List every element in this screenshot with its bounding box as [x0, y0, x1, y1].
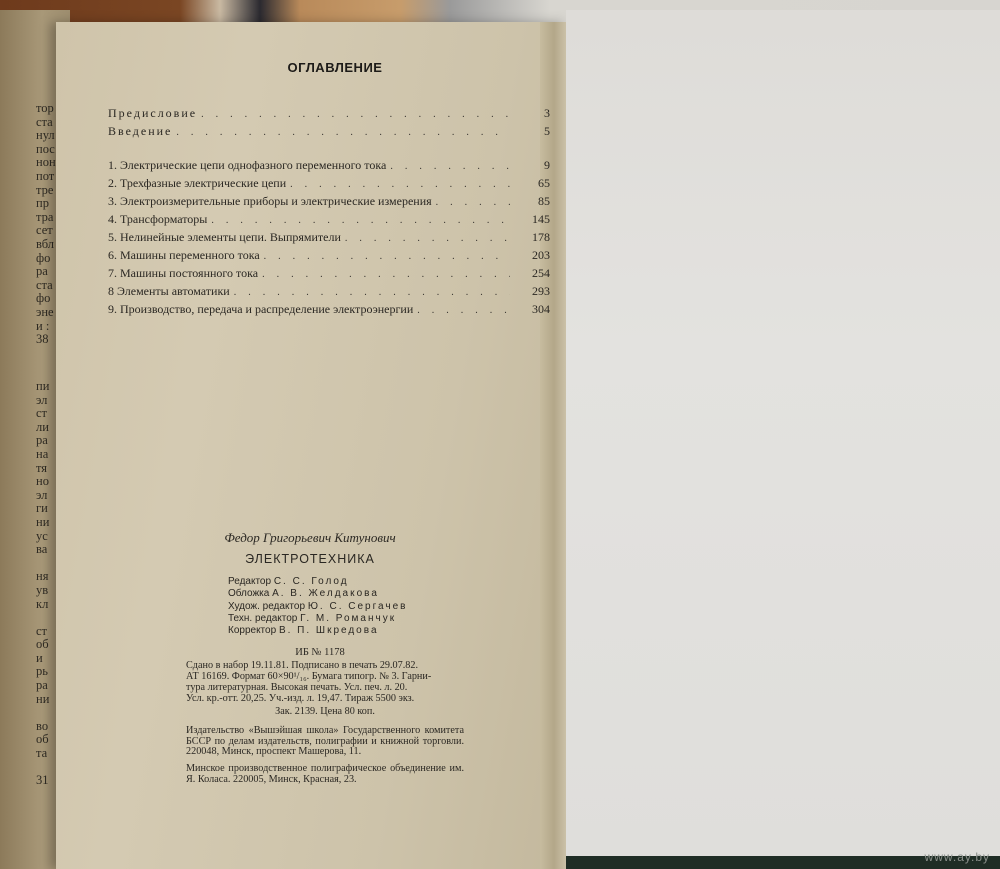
- toc-entry: 2. Трехфазные электрические цепи........…: [108, 174, 550, 192]
- toc-entry-page: 304: [510, 300, 550, 318]
- toc-entry: 7. Машины постоянного тока..............…: [108, 264, 550, 282]
- toc-entry-title: 6. Машины переменного тока: [108, 246, 264, 264]
- toc-entry: Предисловие.............................…: [108, 104, 550, 122]
- toc-entry-page: 85: [510, 192, 550, 210]
- publisher-info: Издательство «Вышэйшая школа» Государств…: [186, 726, 464, 758]
- order-price: Зак. 2139. Цена 80 коп.: [186, 707, 464, 718]
- toc-entry: 1. Электрические цепи однофазного переме…: [108, 156, 550, 174]
- staff-credit: Техн. редактор Г. М. Романчук: [228, 613, 470, 625]
- toc-entry-title: 8 Элементы автоматики: [108, 282, 234, 300]
- toc-entry-title: 9. Производство, передача и распределени…: [108, 300, 417, 318]
- printer-info: Минское производственное полиграфическое…: [186, 764, 464, 785]
- toc-entry-title: 1. Электрические цепи однофазного переме…: [108, 156, 390, 174]
- toc-entry-page: 65: [510, 174, 550, 192]
- imprint-line: Усл. кр.-отт. 20,25. Уч.-изд. л. 19,47. …: [186, 694, 464, 705]
- toc-entry: 8 Элементы автоматики...................…: [108, 282, 550, 300]
- toc-entry-title: 5. Нелинейные элементы цепи. Выпрямители: [108, 228, 345, 246]
- imprint-details: Сдано в набор 19.11.81. Подписано в печа…: [186, 661, 464, 704]
- toc-entry-title: 7. Машины постоянного тока: [108, 264, 262, 282]
- toc-entry: 9. Производство, передача и распределени…: [108, 300, 550, 318]
- toc-entry-title: 3. Электроизмерительные приборы и электр…: [108, 192, 436, 210]
- toc-entry-page: 203: [510, 246, 550, 264]
- toc-entry: 6. Машины переменного тока..............…: [108, 246, 550, 264]
- toc-entry-page: 178: [510, 228, 550, 246]
- staff-credit: Обложка А. В. Желдакова: [228, 588, 470, 600]
- staff-credit: Худож. редактор Ю. С. Сергачев: [228, 601, 470, 613]
- staff-credit: Корректор В. П. Шкредова: [228, 625, 470, 637]
- book-title: ЭЛЕКТРОТЕХНИКА: [150, 552, 470, 566]
- toc-entry: 5. Нелинейные элементы цепи. Выпрямители…: [108, 228, 550, 246]
- toc-entry-page: 254: [510, 264, 550, 282]
- leader-dots: ........................................: [417, 302, 510, 320]
- toc-entry-title: 2. Трехфазные электрические цепи: [108, 174, 290, 192]
- author-name: Федор Григорьевич Китунович: [150, 530, 470, 546]
- toc-entry-page: 293: [510, 282, 550, 300]
- toc-entry: 3. Электроизмерительные приборы и электр…: [108, 192, 550, 210]
- right-page-blank: [566, 10, 1000, 859]
- toc-entry: Введение................................…: [108, 122, 550, 140]
- table-of-contents: Предисловие.............................…: [108, 104, 550, 318]
- leader-dots: ........................................: [176, 124, 510, 142]
- toc-entry: 4. Трансформаторы.......................…: [108, 210, 550, 228]
- toc-entry-title: Предисловие: [108, 104, 201, 122]
- toc-entry-page: 9: [510, 156, 550, 174]
- imprint-line: тура литературная. Высокая печать. Усл. …: [186, 683, 464, 694]
- toc-entry-title: Введение: [108, 122, 176, 140]
- watermark: www.ay.by: [925, 850, 990, 864]
- toc-entry-title: 4. Трансформаторы: [108, 210, 211, 228]
- toc-entry-page: 5: [510, 122, 550, 140]
- staff-credit: Редактор С. С. Голод: [228, 576, 470, 588]
- ib-number: ИБ № 1178: [170, 647, 470, 658]
- toc-entry-page: 145: [510, 210, 550, 228]
- colophon: Федор Григорьевич Китунович ЭЛЕКТРОТЕХНИ…: [170, 530, 470, 786]
- editorial-staff: Редактор С. С. ГолодОбложка А. В. Желдак…: [228, 576, 470, 637]
- toc-entry-page: 3: [510, 104, 550, 122]
- toc-title: ОГЛАВЛЕНИЕ: [240, 60, 430, 75]
